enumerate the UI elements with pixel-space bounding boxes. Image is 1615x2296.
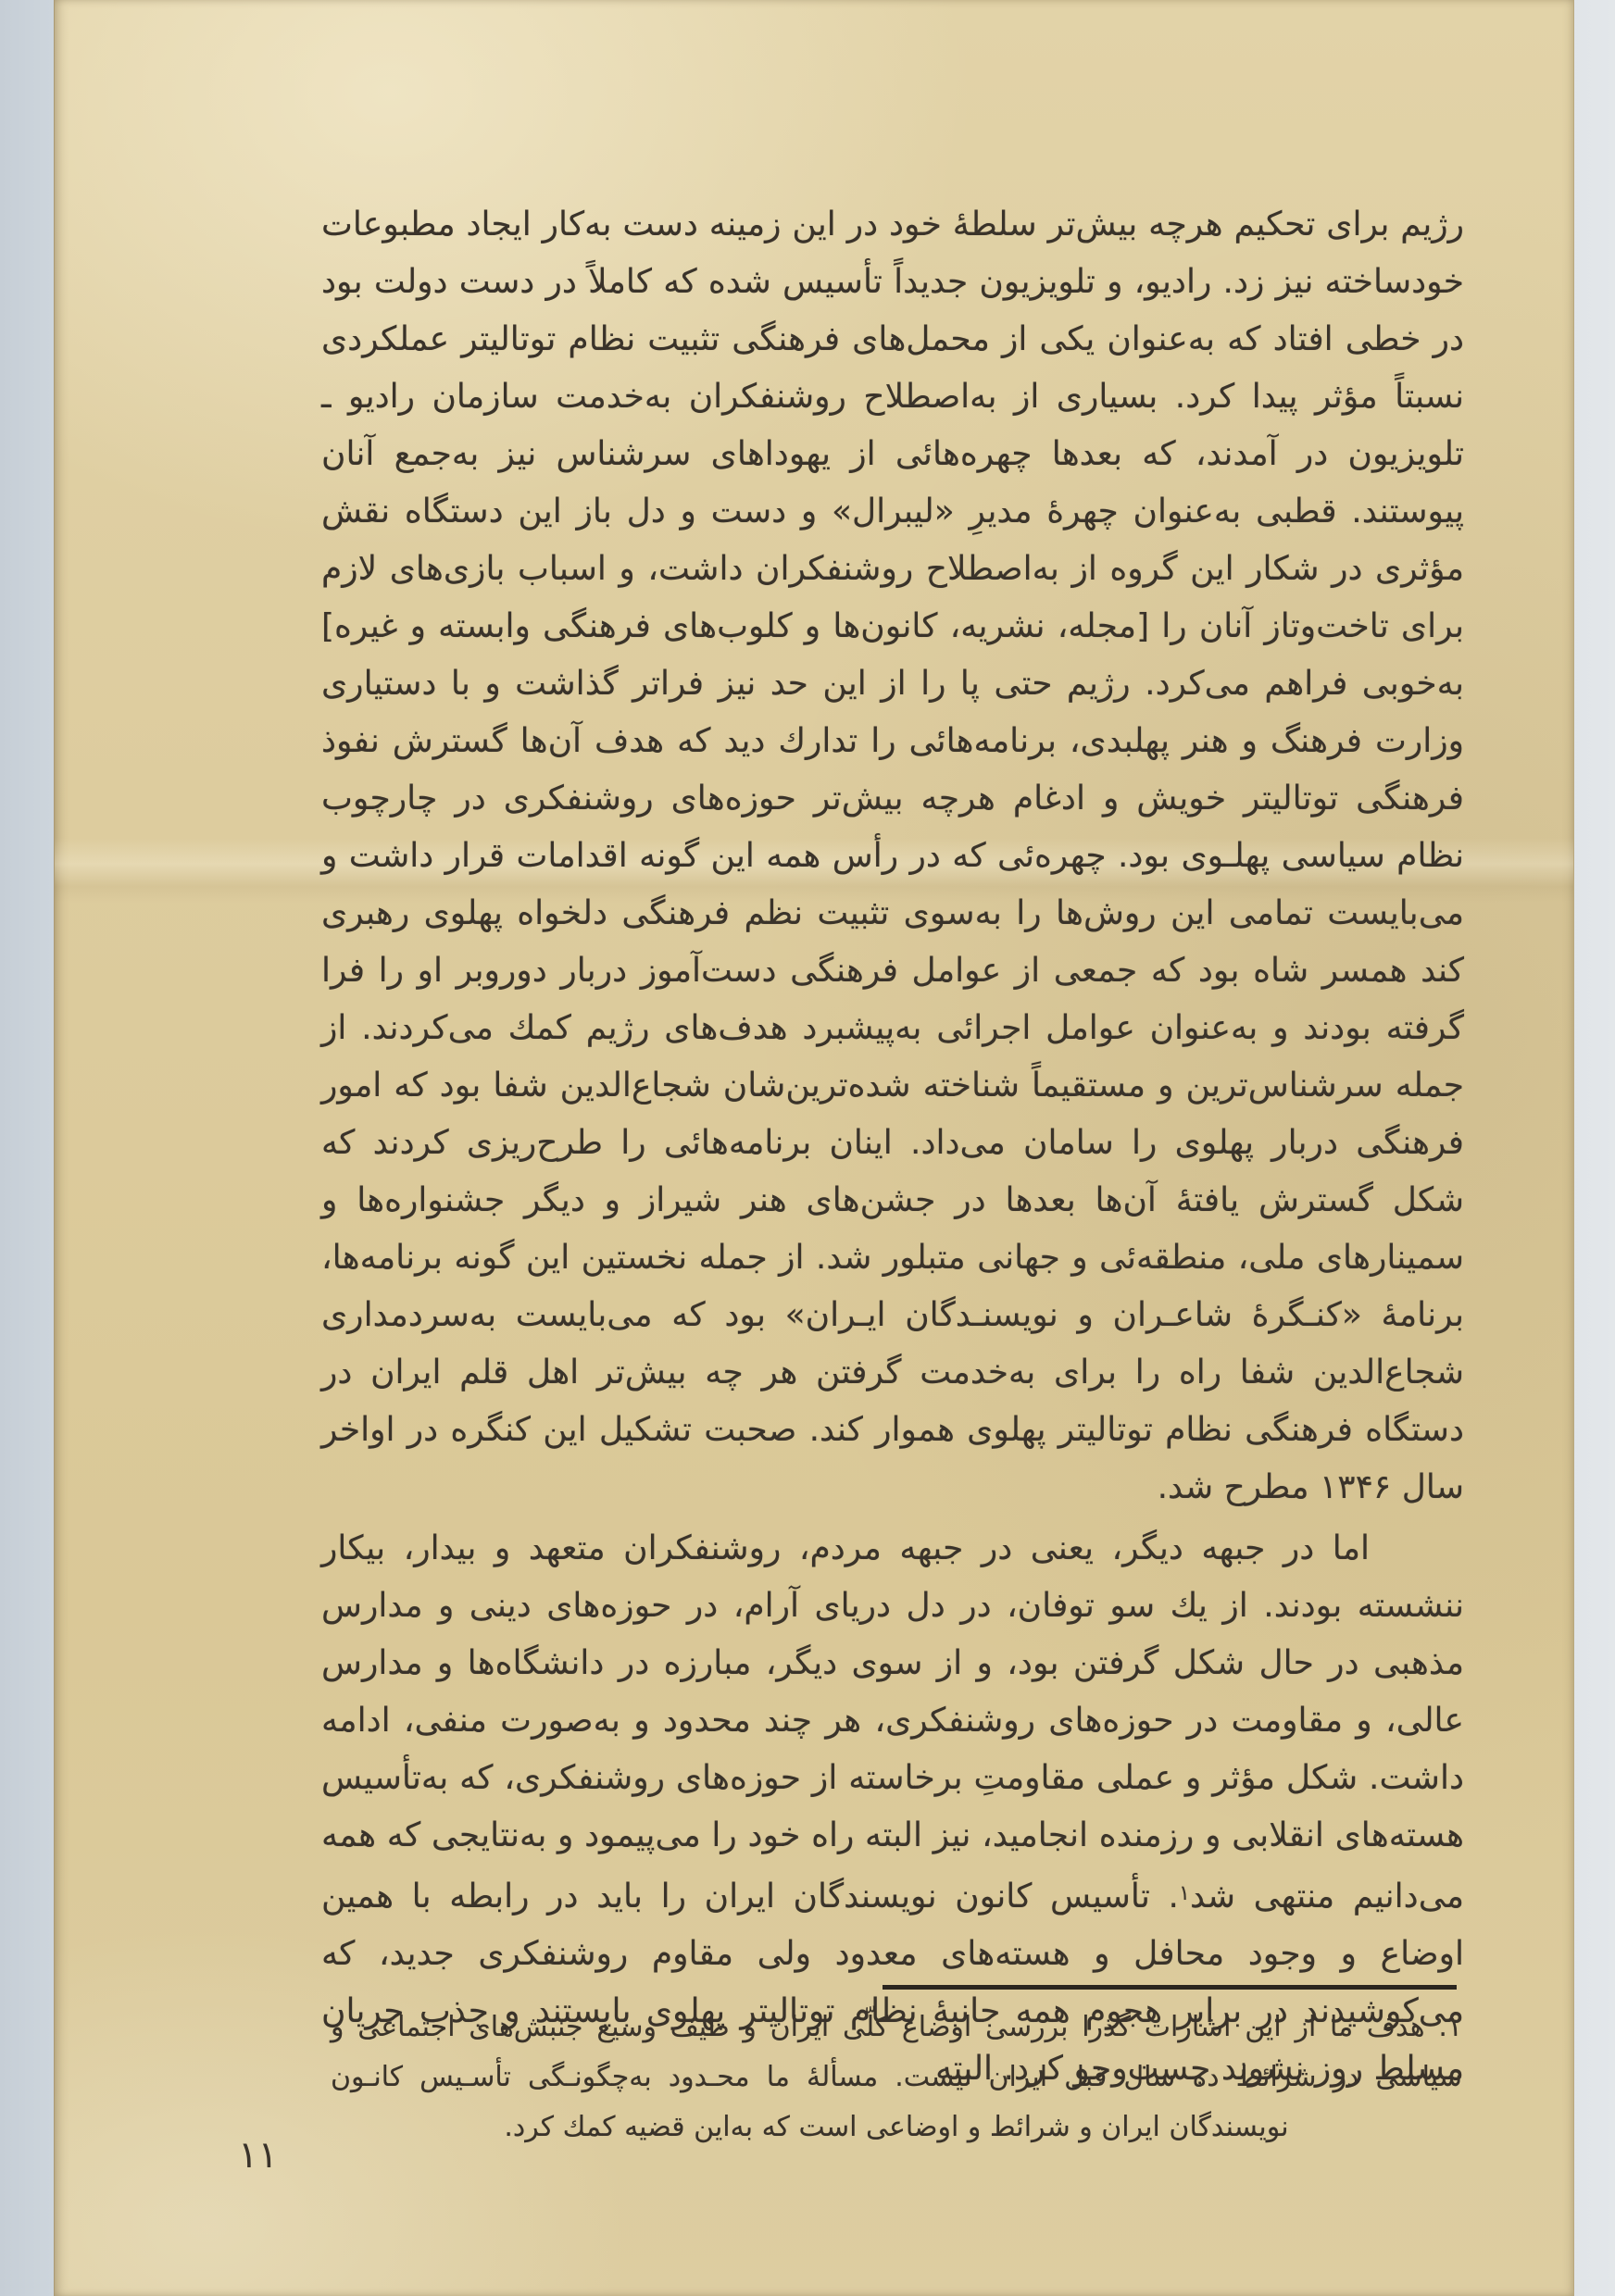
- book-page: رژیم برای تحکیم هرچه بیش‌تر سلطهٔ خود در…: [54, 0, 1574, 2296]
- footnote-reference: ۱: [1179, 1881, 1190, 1905]
- scanner-background: رژیم برای تحکیم هرچه بیش‌تر سلطهٔ خود در…: [0, 0, 1615, 2296]
- page-number: ۱۱: [238, 2134, 278, 2177]
- main-text: رژیم برای تحکیم هرچه بیش‌تر سلطهٔ خود در…: [321, 196, 1464, 2098]
- paragraph-1: رژیم برای تحکیم هرچه بیش‌تر سلطهٔ خود در…: [321, 196, 1464, 1516]
- paragraph-2-lead: اما در جبهه دیگر، یعنی در جبهه مردم، روش…: [321, 1529, 1464, 1915]
- footnote-separator: [883, 1985, 1457, 1990]
- footnote: ۱. هدف ما از این اشارات گذرا بررسی اوضاع…: [331, 2003, 1462, 2152]
